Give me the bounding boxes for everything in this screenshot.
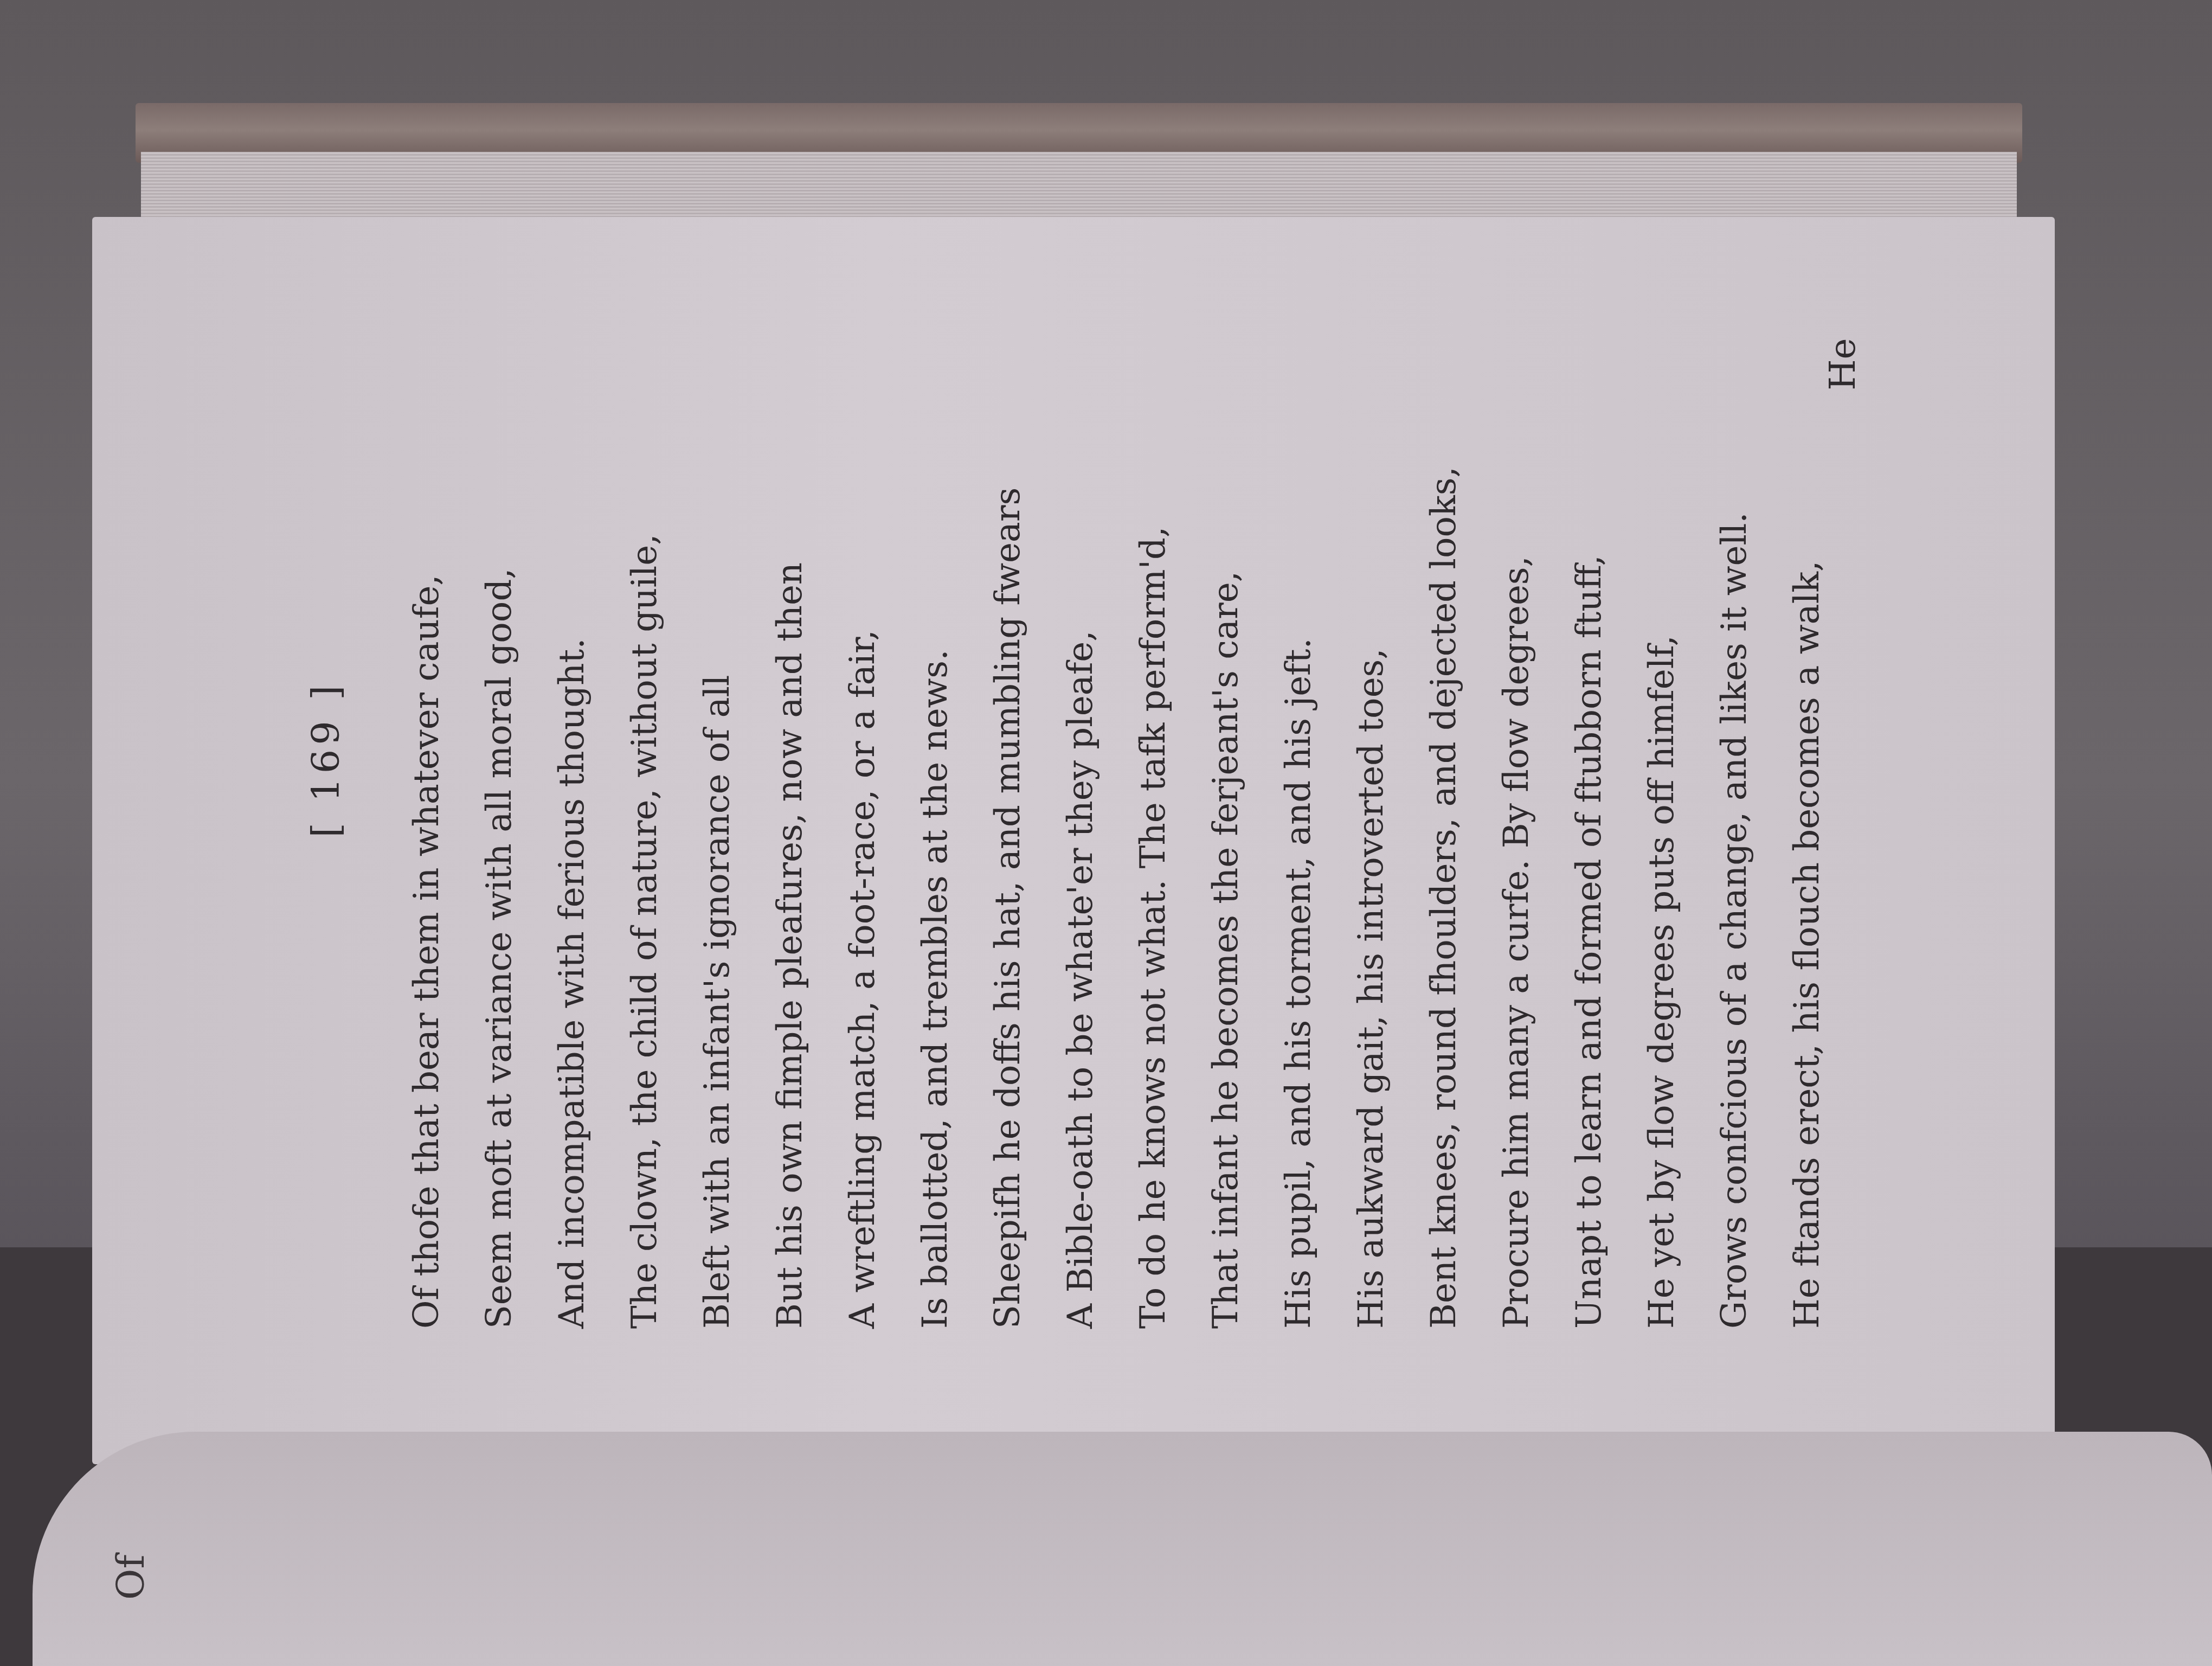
facing-page-catchword: Of [108,1555,153,1600]
text-line: His pupil, and his torment, and his jeft… [1262,190,1335,1329]
text-line: Bleft with an infant's ignorance of all [681,190,754,1329]
text-line: Bent knees, round fhoulders, and dejecte… [1407,190,1480,1329]
page-text-block: [ 169 ] Of thofe that bear them in whate… [304,190,1843,1329]
text-line: A wreftling match, a foot-race, or a fai… [826,190,899,1329]
catchword: He [1822,338,1863,390]
text-line: That infant he becomes the ferjeant's ca… [1189,190,1262,1329]
text-line: Unapt to learn and formed of ftubborn ft… [1553,190,1625,1329]
text-line: Of thofe that bear them in whatever cauf… [390,190,463,1329]
text-line: Procure him many a curfe. By flow degree… [1480,190,1553,1329]
text-line: And incompatible with ferious thought. [536,190,608,1329]
text-line: Sheepifh he doffs his hat, and mumbling … [972,190,1044,1329]
text-line: Seem moft at variance with all moral goo… [463,190,536,1329]
facing-page [33,1432,2212,1666]
text-line: A Bible-oath to be whate'er they pleafe, [1044,190,1117,1329]
text-line: He yet by flow degrees puts off himfelf, [1625,190,1698,1329]
page-number: [ 169 ] [304,190,352,1329]
text-line: But his own fimple pleafures, now and th… [754,190,826,1329]
text-line: To do he knows not what. The tafk perfor… [1117,190,1189,1329]
text-line: His aukward gait, his introverted toes, [1335,190,1407,1329]
text-line: Grows confcious of a change, and likes i… [1698,190,1771,1329]
text-line: The clown, the child of nature, without … [608,190,681,1329]
text-line: Is ballotted, and trembles at the news. [899,190,972,1329]
